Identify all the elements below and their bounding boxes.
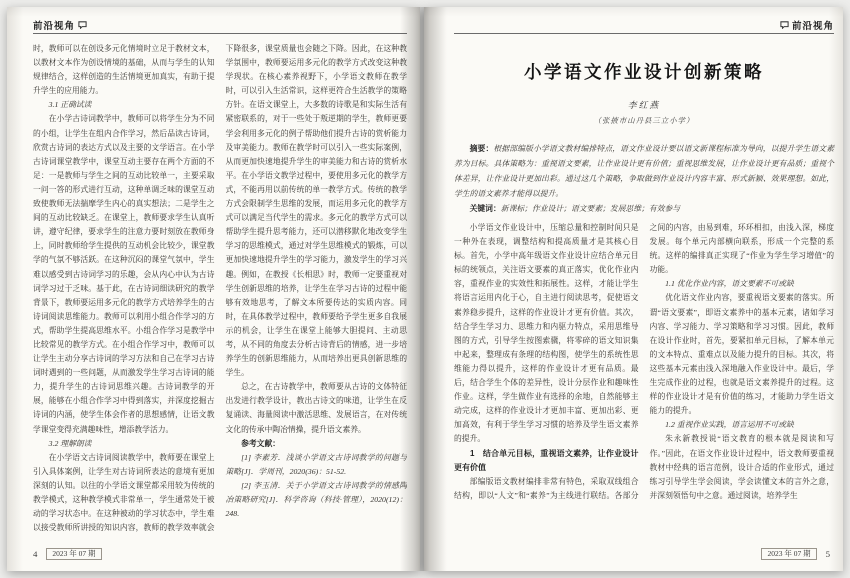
paragraph-body: 总之，在古诗教学中，教师要从古诗的文体特征出发进行教学设计，教出古诗文的味道，让… — [226, 380, 408, 436]
running-head-label: 前沿视角 — [33, 18, 75, 32]
issue-label: 2023 年 07 期 — [761, 548, 816, 561]
header-rule — [454, 33, 834, 34]
speech-bubble-icon — [78, 21, 87, 29]
paragraph-h3: 3.2 理解朗读 — [33, 437, 215, 451]
right-page: 前沿视角 小学语文作业设计创新策略 李红燕 （张掖市山丹县三立小学） 摘要：根据… — [424, 7, 843, 571]
article-author: 李红燕 — [454, 98, 834, 111]
issue-label: 2023 年 07 期 — [46, 548, 101, 561]
left-page: 前沿视角 时，教师可以在创设多元化情境时立足于教材文本，以教材文本作为创设情境的… — [7, 7, 420, 571]
paragraph-h2: 1 结合单元目标，重视语文素养，让作业设计更有价值 — [454, 447, 639, 475]
page-number: 5 — [826, 549, 830, 559]
journal-spread: 前沿视角 时，教师可以在创设多元化情境时立足于教材文本，以教材文本作为创设情境的… — [0, 0, 850, 578]
running-head-label: 前沿视角 — [792, 18, 834, 32]
speech-bubble-icon — [780, 21, 789, 29]
left-page-body: 时，教师可以在创设多元化情境时立足于教材文本，以教材文本作为创设情境的基础，从而… — [33, 42, 407, 536]
paragraph-body: 优化语文作业内容，要重视语文要素的落实。所谓“语文要素”，即语文素养中的基本元素… — [650, 291, 835, 418]
paragraph-ref: [1] 李素芳．浅谈小学语文古诗词教学的问题与策略[J]．学周刊，2020(36… — [226, 451, 408, 479]
page-number: 4 — [33, 549, 37, 559]
abstract-label: 摘要： — [470, 144, 494, 153]
paragraph-cont: 时，教师可以在创设多元化情境时立足于教材文本，以教材文本作为创设情境的基础，从而… — [33, 42, 215, 98]
author-affiliation: （张掖市山丹县三立小学） — [454, 115, 834, 126]
abstract-text: 根据部编版小学语文教材编排特点，语文作业设计要以语文新课程标准为导向，以提升学生… — [454, 144, 834, 198]
paragraph-body: 在小学古诗词教学中，教师可以将学生分为不同的小组，让学生在组内合作学习，然后品读… — [33, 112, 215, 436]
paragraph-refhead: 参考文献： — [226, 437, 408, 451]
header-rule — [33, 33, 407, 34]
paragraph-ref: [2] 李玉清．关于小学语文古诗词教学的情感陶冶策略研究[J]．科学咨询（科技·… — [226, 479, 408, 521]
paragraph-body: 朱永新教授说“语文教育的根本就是阅读和写作。”因此，在语文作业设计过程中，语文教… — [650, 432, 835, 502]
abstract-paragraph: 摘要：根据部编版小学语文教材编排特点，语文作业设计要以语文新课程标准为导向，以提… — [454, 141, 834, 201]
right-page-body: 小学语文作业设计中，压缩总量和控制时间只是一种外在表现，调整结构和提高质量才是其… — [454, 221, 834, 505]
article-title: 小学语文作业设计创新策略 — [454, 59, 834, 84]
paragraph-h3: 1.2 重视作业实践，语言运用不可或缺 — [650, 418, 835, 432]
running-head-right: 前沿视角 — [454, 19, 834, 31]
keywords-paragraph: 关键词：新课标；作业设计；语文要素；发展思维；有效参与 — [454, 201, 834, 216]
running-head-left: 前沿视角 — [33, 19, 407, 31]
keywords-label: 关键词： — [470, 204, 501, 213]
paragraph-h3: 3.1 正确试读 — [33, 98, 215, 112]
abstract-block: 摘要：根据部编版小学语文教材编排特点，语文作业设计要以语文新课程标准为导向，以提… — [454, 141, 834, 216]
left-footer: 4 2023 年 07 期 — [33, 548, 102, 561]
right-footer: 2023 年 07 期 5 — [761, 548, 830, 561]
paragraph-h3: 1.1 优化作业内容，语文要素不可或缺 — [650, 277, 835, 291]
paragraph-body: 小学语文作业设计中，压缩总量和控制时间只是一种外在表现，调整结构和提高质量才是其… — [454, 221, 639, 447]
keywords-text: 新课标；作业设计；语文要素；发展思维；有效参与 — [501, 204, 680, 213]
